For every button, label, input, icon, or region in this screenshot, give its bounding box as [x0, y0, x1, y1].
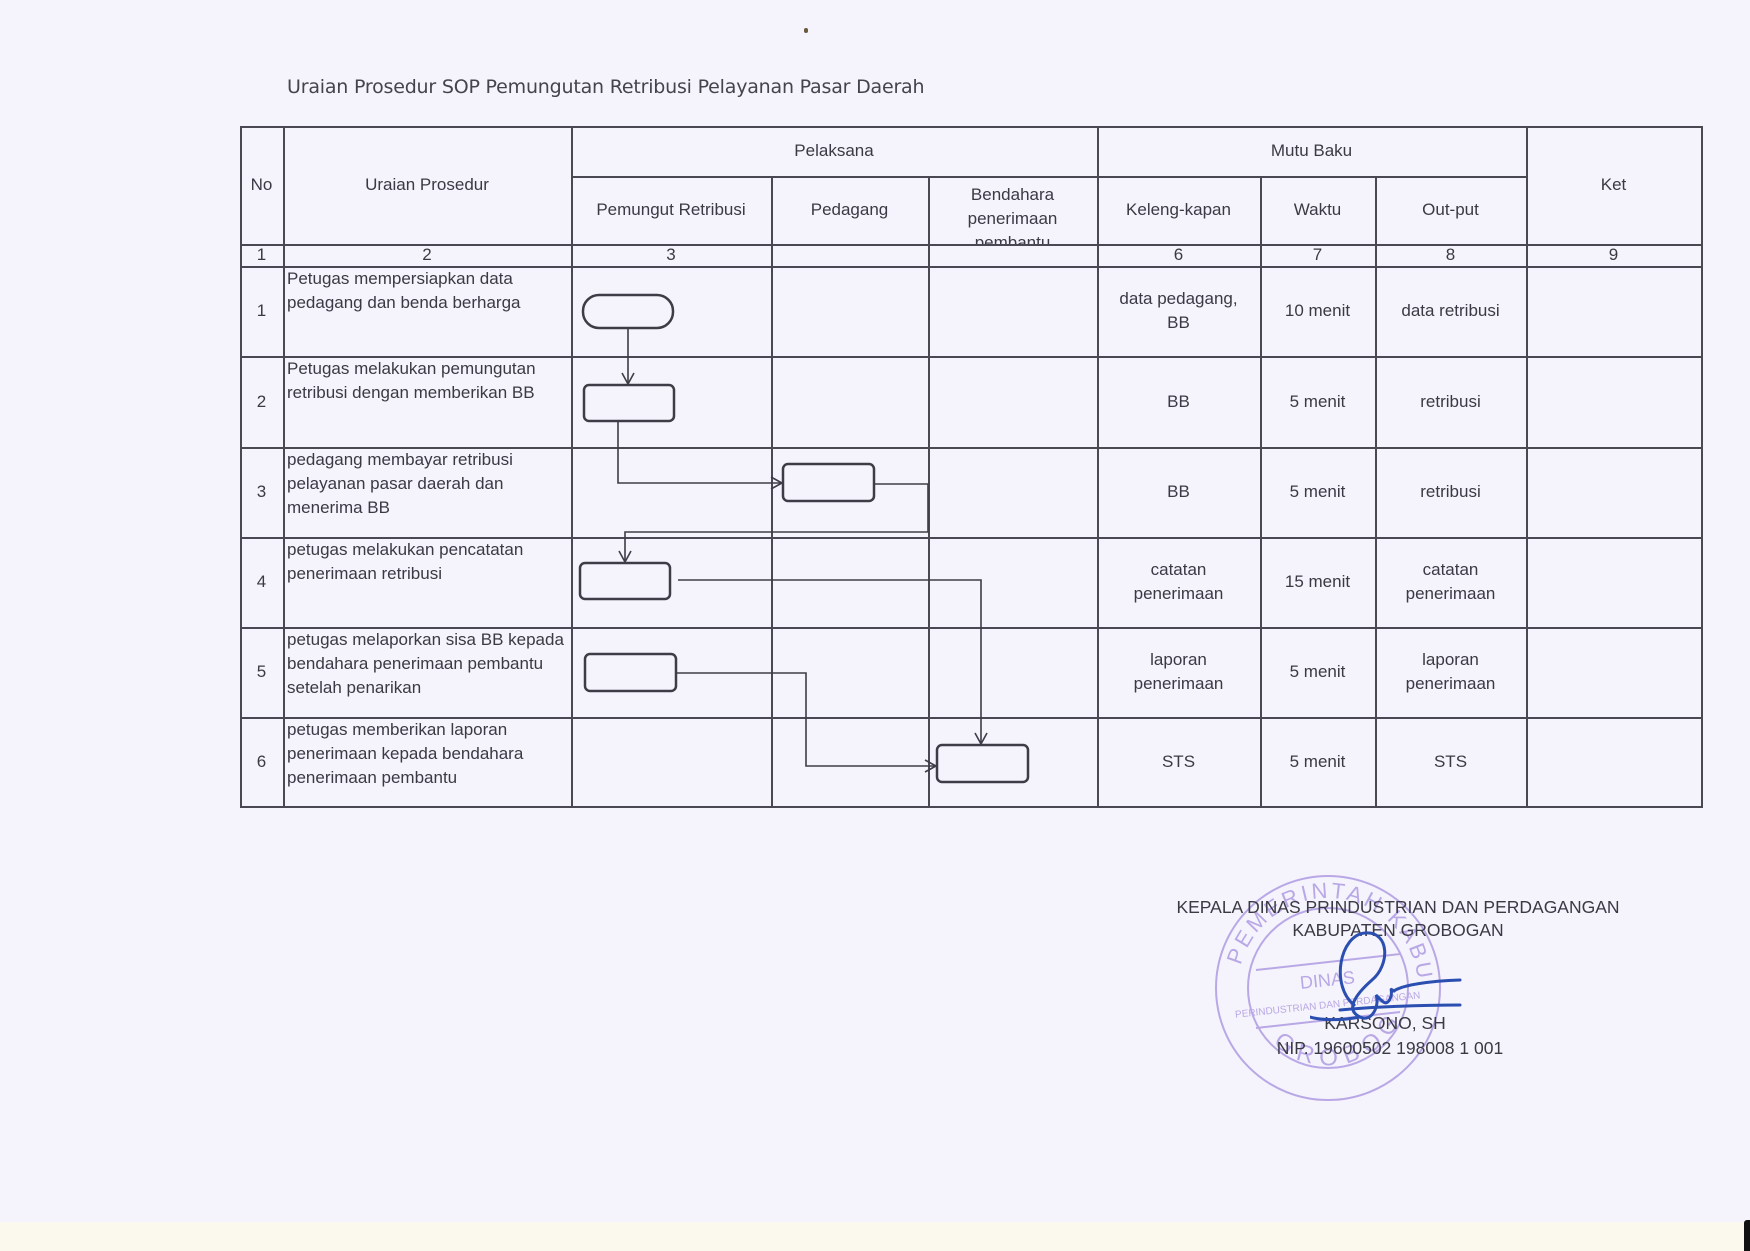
table-border-left [240, 126, 242, 806]
arrow-head-icon [622, 373, 634, 384]
row-ket [1526, 447, 1701, 537]
row-number: 3 [240, 447, 283, 537]
table-gridline [571, 126, 573, 806]
header-bottom-line [240, 244, 1701, 246]
row-output: retribusi [1375, 447, 1526, 537]
signatory-nip: NIP. 19600502 198008 1 001 [1240, 1038, 1540, 1059]
column-number: 1 [240, 244, 283, 266]
column-number: 2 [283, 244, 571, 266]
row-number: 4 [240, 537, 283, 627]
row-divider [240, 356, 1701, 358]
row-number: 6 [240, 717, 283, 806]
header-pelaksana-1: Pemungut Retribusi [571, 176, 771, 244]
arrow-head-icon [975, 733, 987, 744]
header-mutu-2: Waktu [1260, 176, 1375, 244]
row-kelengkapan: BB [1097, 356, 1260, 447]
flow-process-6 [937, 745, 1028, 782]
row-divider [240, 447, 1701, 449]
scan-speck [804, 28, 808, 33]
row-output: retribusi [1375, 356, 1526, 447]
header-no: No [240, 126, 283, 244]
header-ket: Ket [1526, 126, 1701, 244]
signature-position-line1: KEPALA DINAS PRINDUSTRIAN DAN PERDAGANGA… [1158, 897, 1638, 918]
table-gridline [1375, 176, 1377, 806]
row-uraian-prosedur: Petugas mempersiapkan data pedagang dan … [283, 266, 571, 356]
row-kelengkapan: BB [1097, 447, 1260, 537]
flow-connector-3-4 [625, 484, 928, 562]
group-header-divider [571, 176, 1526, 178]
sop-procedure-table: NoUraian ProsedurPelaksanaMutu BakuKetPe… [0, 0, 1750, 1251]
row-ket [1526, 356, 1701, 447]
row-waktu: 5 menit [1260, 356, 1375, 447]
table-border-bottom [240, 806, 1703, 808]
header-pelaksana-3: Bendahara penerimaan pembantu [928, 176, 1097, 244]
arrow-head-icon [925, 760, 936, 772]
header-pelaksana: Pelaksana [571, 126, 1097, 176]
row-divider [240, 266, 1701, 268]
table-gridline [771, 176, 773, 806]
flow-connector-5-6 [676, 673, 936, 766]
table-gridline [283, 126, 285, 806]
column-number: 6 [1097, 244, 1260, 266]
row-number: 2 [240, 356, 283, 447]
handwritten-signature [1310, 925, 1470, 1035]
column-number: 9 [1526, 244, 1701, 266]
header-mutu-3: Out-put [1375, 176, 1526, 244]
row-output: laporan penerimaan [1375, 627, 1526, 717]
row-waktu: 5 menit [1260, 627, 1375, 717]
header-mutu-1: Keleng-kapan [1097, 176, 1260, 244]
column-number: 8 [1375, 244, 1526, 266]
column-number [928, 244, 1097, 266]
flow-terminator-1 [583, 295, 673, 328]
header-uraian-prosedur: Uraian Prosedur [283, 126, 571, 244]
column-number: 3 [571, 244, 771, 266]
table-gridline [1260, 176, 1262, 806]
flow-process-5 [585, 654, 676, 691]
row-kelengkapan: STS [1097, 717, 1260, 806]
table-gridline [928, 176, 930, 806]
column-number: 7 [1260, 244, 1375, 266]
row-ket [1526, 537, 1701, 627]
flow-connector-4-6 [678, 580, 981, 744]
row-ket [1526, 627, 1701, 717]
row-ket [1526, 717, 1701, 806]
header-pelaksana-2: Pedagang [771, 176, 928, 244]
flow-process-3 [783, 464, 874, 501]
table-gridline [1097, 126, 1099, 806]
row-number: 1 [240, 266, 283, 356]
row-output: catatan penerimaan [1375, 537, 1526, 627]
row-waktu: 5 menit [1260, 447, 1375, 537]
flow-process-2 [584, 385, 674, 421]
flowchart [0, 0, 1750, 1251]
row-divider [240, 717, 1701, 719]
row-output: STS [1375, 717, 1526, 806]
flow-connector-2-3 [618, 421, 782, 483]
row-uraian-prosedur: petugas melaporkan sisa BB kepada bendah… [283, 627, 571, 717]
row-kelengkapan: catatan penerimaan [1097, 537, 1260, 627]
header-mutu-baku: Mutu Baku [1097, 126, 1526, 176]
row-divider [240, 537, 1701, 539]
scan-edge-mark [1744, 1220, 1750, 1251]
table-border-top [240, 126, 1701, 128]
table-gridline [1526, 126, 1528, 806]
row-waktu: 10 menit [1260, 266, 1375, 356]
row-ket [1526, 266, 1701, 356]
row-waktu: 15 menit [1260, 537, 1375, 627]
arrow-head-icon [771, 477, 782, 489]
row-uraian-prosedur: petugas memberikan laporan penerimaan ke… [283, 717, 571, 806]
row-kelengkapan: data pedagang, BB [1097, 266, 1260, 356]
row-uraian-prosedur: petugas melakukan pencatatan penerimaan … [283, 537, 571, 627]
scan-bottom-strip [0, 1222, 1750, 1251]
row-kelengkapan: laporan penerimaan [1097, 627, 1260, 717]
row-uraian-prosedur: Petugas melakukan pemungutan retribusi d… [283, 356, 571, 447]
arrow-head-icon [619, 551, 631, 562]
document-title: Uraian Prosedur SOP Pemungutan Retribusi… [287, 76, 924, 98]
row-output: data retribusi [1375, 266, 1526, 356]
table-border-right [1701, 126, 1703, 806]
row-number: 5 [240, 627, 283, 717]
column-number [771, 244, 928, 266]
flow-process-4 [580, 563, 670, 599]
row-uraian-prosedur: pedagang membayar retribusi pelayanan pa… [283, 447, 571, 537]
row-divider [240, 627, 1701, 629]
row-waktu: 5 menit [1260, 717, 1375, 806]
